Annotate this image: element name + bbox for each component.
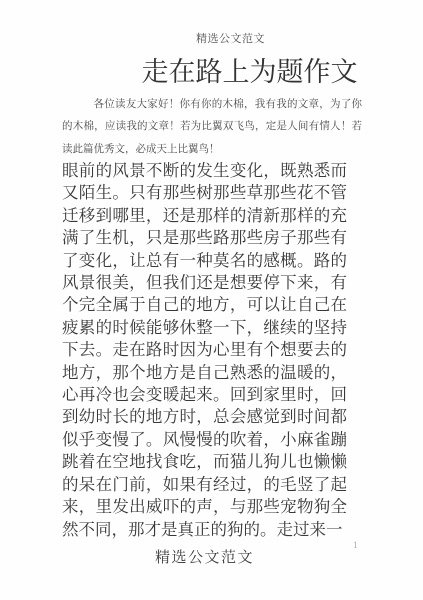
page-title: 走在路上为题作文 bbox=[38, 55, 423, 89]
page-footer: 精选公文范文 bbox=[0, 546, 416, 567]
page-header: 精选公文范文 bbox=[19, 30, 423, 46]
body-paragraph: 眼前的风景不断的发生变化，既熟悉而又陌生。只有那些树那些草那些花不管迁移到哪里，… bbox=[62, 160, 347, 541]
document-page: 精选公文范文 走在路上为题作文 各位读友大家好！你有你的木棉，我有我的文章，为了… bbox=[0, 0, 423, 600]
header-text: 精选公文范文 bbox=[196, 33, 265, 45]
intro-paragraph: 各位读友大家好！你有你的木棉，我有我的文章，为了你的木棉，应读我的文章！若为比翼… bbox=[62, 94, 362, 161]
footer-text: 精选公文范文 bbox=[155, 550, 254, 566]
